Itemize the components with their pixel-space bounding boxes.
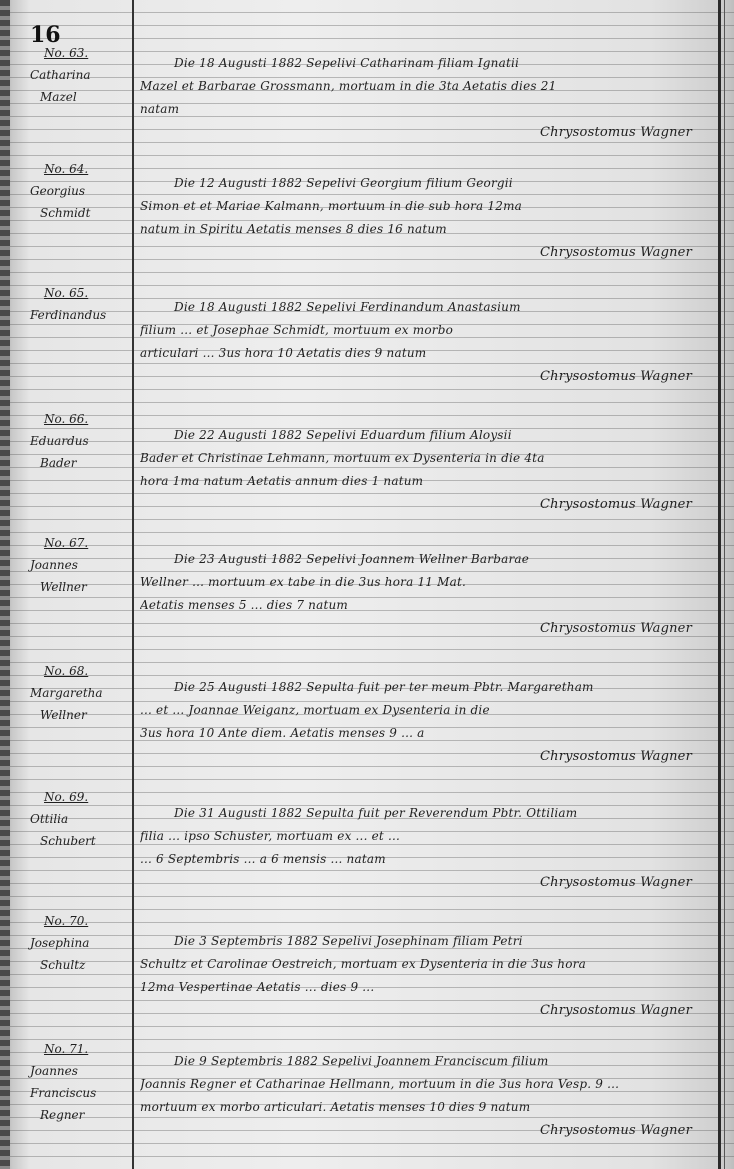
entry-given-name: Josephina — [30, 932, 130, 954]
entry-number: No. 71. — [30, 1038, 130, 1060]
entry-signature: Chrysostomus Wagner — [140, 365, 710, 388]
entry-line: Simon et et Mariae Kalmann, mortuum in d… — [140, 195, 710, 218]
entry-body: Die 3 Septembris 1882 Sepelivi Josephina… — [140, 930, 710, 1022]
entry-signature: Chrysostomus Wagner — [140, 493, 710, 516]
entry-surname: Regner — [30, 1104, 130, 1126]
entry-given-name: Margaretha — [30, 682, 130, 704]
entry-line: Die 9 Septembris 1882 Sepelivi Joannem F… — [140, 1050, 710, 1073]
entry-number: No. 67. — [30, 532, 130, 554]
entry-margin: No. 64. Georgius Schmidt — [30, 158, 130, 224]
entry-surname: Mazel — [30, 86, 130, 108]
entry-line: Joannis Regner et Catharinae Hellmann, m… — [140, 1073, 710, 1096]
entry-margin: No. 69. Ottilia Schubert — [30, 786, 130, 852]
entry-line: Die 31 Augusti 1882 Sepulta fuit per Rev… — [140, 802, 710, 825]
entry-surname: Bader — [30, 452, 130, 474]
entry-line: mortuum ex morbo articulari. Aetatis men… — [140, 1096, 710, 1119]
entry-line: Die 18 Augusti 1882 Sepelivi Catharinam … — [140, 52, 710, 75]
entry-body: Die 23 Augusti 1882 Sepelivi Joannem Wel… — [140, 548, 710, 640]
entry-surname: Wellner — [30, 704, 130, 726]
entry-surname: Schmidt — [30, 202, 130, 224]
entry-line: 3us hora 10 Ante diem. Aetatis menses 9 … — [140, 722, 710, 745]
entry-number: No. 64. — [30, 158, 130, 180]
entry-body: Die 12 Augusti 1882 Sepelivi Georgium fi… — [140, 172, 710, 264]
entry-line: Die 22 Augusti 1882 Sepelivi Eduardum fi… — [140, 424, 710, 447]
page-edge-rule — [724, 0, 725, 1169]
entry-number: No. 70. — [30, 910, 130, 932]
entry-given-name: Catharina — [30, 64, 130, 86]
entry-line: Wellner ... mortuum ex tabe in die 3us h… — [140, 571, 710, 594]
entry-surname: Wellner — [30, 576, 130, 598]
entry-line: ... et ... Joannae Weiganz, mortuam ex D… — [140, 699, 710, 722]
entry-signature: Chrysostomus Wagner — [140, 1119, 710, 1142]
entry-body: Die 18 Augusti 1882 Sepelivi Catharinam … — [140, 52, 710, 144]
entry-line: Bader et Christinae Lehmann, mortuum ex … — [140, 447, 710, 470]
entry-number: No. 63. — [30, 42, 130, 64]
entry-signature: Chrysostomus Wagner — [140, 241, 710, 264]
entry-line: 12ma Vespertinae Aetatis ... dies 9 ... — [140, 976, 710, 999]
entry-line: filium ... et Josephae Schmidt, mortuum … — [140, 319, 710, 342]
entry-signature: Chrysostomus Wagner — [140, 617, 710, 640]
entry-surname: Schultz — [30, 954, 130, 976]
entry-given-name: Joannes Franciscus — [30, 1060, 130, 1104]
entry-body: Die 22 Augusti 1882 Sepelivi Eduardum fi… — [140, 424, 710, 516]
entry-margin: No. 67. Joannes Wellner — [30, 532, 130, 598]
entry-line: Mazel et Barbarae Grossmann, mortuam in … — [140, 75, 710, 98]
entry-number: No. 68. — [30, 660, 130, 682]
entry-signature: Chrysostomus Wagner — [140, 745, 710, 768]
entry-given-name: Eduardus — [30, 430, 130, 452]
entry-surname: Schubert — [30, 830, 130, 852]
entry-margin: No. 66. Eduardus Bader — [30, 408, 130, 474]
entry-number: No. 66. — [30, 408, 130, 430]
entry-line: natum in Spiritu Aetatis menses 8 dies 1… — [140, 218, 710, 241]
entry-line: natam — [140, 98, 710, 121]
entry-given-name: Ottilia — [30, 808, 130, 830]
entry-line: Aetatis menses 5 ... dies 7 natum — [140, 594, 710, 617]
entry-line: Die 25 Augusti 1882 Sepulta fuit per ter… — [140, 676, 710, 699]
entry-body: Die 25 Augusti 1882 Sepulta fuit per ter… — [140, 676, 710, 768]
entry-margin: No. 71. Joannes Franciscus Regner — [30, 1038, 130, 1126]
entry-line: hora 1ma natum Aetatis annum dies 1 natu… — [140, 470, 710, 493]
entry-number: No. 69. — [30, 786, 130, 808]
entry-margin: No. 65. Ferdinandus — [30, 282, 130, 326]
entry-line: Die 18 Augusti 1882 Sepelivi Ferdinandum… — [140, 296, 710, 319]
entry-line: Schultz et Carolinae Oestreich, mortuam … — [140, 953, 710, 976]
entry-margin: No. 70. Josephina Schultz — [30, 910, 130, 976]
entry-body: Die 9 Septembris 1882 Sepelivi Joannem F… — [140, 1050, 710, 1142]
entry-line: Die 12 Augusti 1882 Sepelivi Georgium fi… — [140, 172, 710, 195]
entry-signature: Chrysostomus Wagner — [140, 999, 710, 1022]
entry-line: Die 23 Augusti 1882 Sepelivi Joannem Wel… — [140, 548, 710, 571]
entry-given-name: Joannes — [30, 554, 130, 576]
entry-signature: Chrysostomus Wagner — [140, 871, 710, 894]
register-page: 16 No. 63. Catharina Mazel Die 18 August… — [0, 0, 734, 1169]
entry-margin: No. 63. Catharina Mazel — [30, 42, 130, 108]
entry-line: Die 3 Septembris 1882 Sepelivi Josephina… — [140, 930, 710, 953]
entry-signature: Chrysostomus Wagner — [140, 121, 710, 144]
entry-body: Die 31 Augusti 1882 Sepulta fuit per Rev… — [140, 802, 710, 894]
entry-margin: No. 68. Margaretha Wellner — [30, 660, 130, 726]
entry-number: No. 65. — [30, 282, 130, 304]
entry-line: ... 6 Septembris ... a 6 mensis ... nata… — [140, 848, 710, 871]
entry-given-name: Ferdinandus — [30, 304, 130, 326]
entry-line: filia ... ipso Schuster, mortuam ex ... … — [140, 825, 710, 848]
right-column-rule — [718, 0, 721, 1169]
entry-line: articulari ... 3us hora 10 Aetatis dies … — [140, 342, 710, 365]
entry-given-name: Georgius — [30, 180, 130, 202]
entry-body: Die 18 Augusti 1882 Sepelivi Ferdinandum… — [140, 296, 710, 388]
margin-column-rule — [132, 0, 134, 1169]
page-binding-edge — [0, 0, 10, 1169]
